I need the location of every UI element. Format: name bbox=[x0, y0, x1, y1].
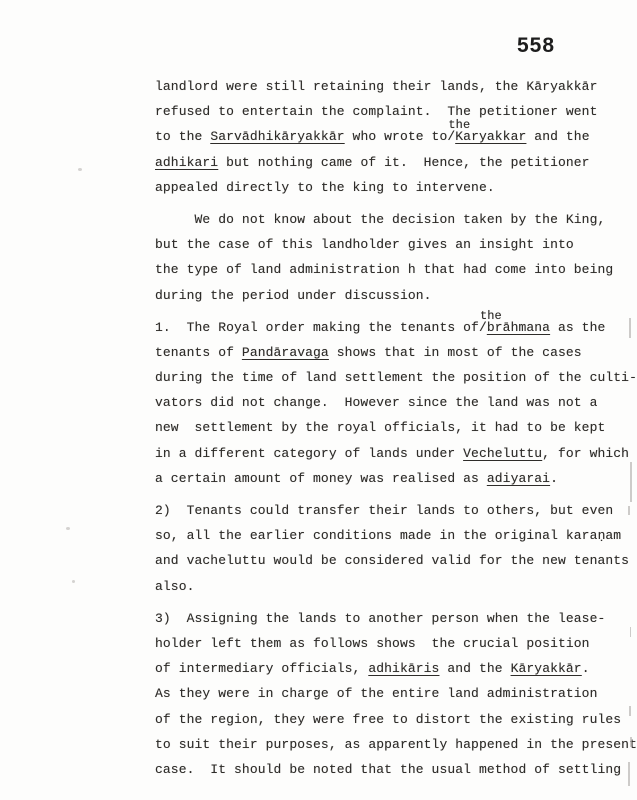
text-line: adhikari but nothing came of it. Hence, … bbox=[155, 150, 615, 175]
text-run: but nothing came of it. Hence, the petit… bbox=[218, 155, 589, 170]
text-run: during the period under discussion. bbox=[155, 288, 432, 303]
text-block: landlord were still retaining their land… bbox=[155, 74, 615, 789]
text-run: 3) Assigning the lands to another person… bbox=[155, 611, 605, 626]
text-run: appealed directly to the king to interve… bbox=[155, 180, 495, 195]
text-line: landlord were still retaining their land… bbox=[155, 74, 615, 99]
text-run: holder left them as follows shows the cr… bbox=[155, 636, 590, 651]
underlined-term: adiyarai bbox=[487, 471, 550, 486]
text-run: refused to entertain the complaint. The … bbox=[155, 104, 597, 119]
text-line: As they were in charge of the entire lan… bbox=[155, 681, 615, 706]
text-line: the type of land administration h that h… bbox=[155, 257, 615, 282]
text-run: in a different category of lands under bbox=[155, 446, 463, 461]
text-run: new settlement by the royal officials, i… bbox=[155, 420, 605, 435]
text-run: the type of land administration h that h… bbox=[155, 262, 613, 277]
text-run: of intermediary officials, bbox=[155, 661, 368, 676]
text-line: during the period under discussion. bbox=[155, 283, 615, 308]
text-line: refused to entertain the complaint. The … bbox=[155, 99, 615, 124]
text-run: tenants of bbox=[155, 345, 242, 360]
text-line: to suit their purposes, as apparently ha… bbox=[155, 732, 615, 757]
text-run: but the case of this landholder gives an… bbox=[155, 237, 574, 252]
scan-artifact bbox=[630, 627, 631, 637]
text-run: to the bbox=[155, 129, 210, 144]
underlined-term: adhikari bbox=[155, 155, 218, 170]
text-line: to the Sarvādhikāryakkār who wrote tothe… bbox=[155, 124, 615, 149]
scan-artifact bbox=[629, 706, 631, 716]
scan-speck bbox=[78, 168, 82, 171]
paragraph: We do not know about the decision taken … bbox=[155, 207, 615, 308]
text-line: vators did not change. However since the… bbox=[155, 390, 615, 415]
scan-speck bbox=[66, 527, 70, 530]
text-line: tenants of Pandāravaga shows that in mos… bbox=[155, 340, 615, 365]
scan-artifact bbox=[629, 318, 631, 338]
text-line: a certain amount of money was realised a… bbox=[155, 466, 615, 491]
text-line: 2) Tenants could transfer their lands to… bbox=[155, 498, 615, 523]
text-run: and the bbox=[439, 661, 510, 676]
text-line: in a different category of lands under V… bbox=[155, 441, 615, 466]
underlined-term: Vecheluttu bbox=[463, 446, 542, 461]
underlined-term: Sarvādhikāryakkār bbox=[210, 129, 344, 144]
paragraph: landlord were still retaining their land… bbox=[155, 74, 615, 200]
text-run: of the region, they were free to distort… bbox=[155, 712, 621, 727]
paragraph: 3) Assigning the lands to another person… bbox=[155, 606, 615, 782]
paragraph: 1. The Royal order making the tenants of… bbox=[155, 315, 615, 491]
text-line: 3) Assigning the lands to another person… bbox=[155, 606, 615, 631]
text-line: holder left them as follows shows the cr… bbox=[155, 631, 615, 656]
scan-artifact bbox=[630, 462, 632, 502]
text-line: appealed directly to the king to interve… bbox=[155, 175, 615, 200]
scan-artifact bbox=[628, 506, 630, 515]
text-run: , for which bbox=[542, 446, 629, 461]
text-run: 1. The Royal order making the tenants of bbox=[155, 320, 479, 335]
text-run: a certain amount of money was realised a… bbox=[155, 471, 487, 486]
scan-artifact bbox=[628, 762, 630, 786]
text-run: . bbox=[582, 661, 590, 676]
text-line: but the case of this landholder gives an… bbox=[155, 232, 615, 257]
text-run: As they were in charge of the entire lan… bbox=[155, 686, 597, 701]
text-line: of intermediary officials, adhikāris and… bbox=[155, 656, 615, 681]
text-line: of the region, they were free to distort… bbox=[155, 707, 615, 732]
text-line: We do not know about the decision taken … bbox=[155, 207, 615, 232]
underlined-term: Pandāravaga bbox=[242, 345, 329, 360]
text-run: so, all the earlier conditions made in t… bbox=[155, 528, 621, 543]
scan-speck bbox=[72, 580, 75, 583]
text-run: and vacheluttu would be considered valid… bbox=[155, 553, 629, 568]
text-run: case. It should be noted that the usual … bbox=[155, 762, 621, 777]
page-number: 558 bbox=[517, 34, 555, 58]
text-run: and the bbox=[526, 129, 589, 144]
text-run: We do not know about the decision taken … bbox=[155, 212, 605, 227]
underlined-term: Kāryakkār bbox=[511, 661, 582, 676]
scan-artifact bbox=[630, 737, 632, 747]
text-line: also. bbox=[155, 574, 615, 599]
text-line: case. It should be noted that the usual … bbox=[155, 757, 615, 782]
text-run: during the time of land settlement the p… bbox=[155, 370, 637, 385]
paragraph: 2) Tenants could transfer their lands to… bbox=[155, 498, 615, 599]
text-line: during the time of land settlement the p… bbox=[155, 365, 615, 390]
text-run: landlord were still retaining their land… bbox=[155, 79, 597, 94]
text-run: also. bbox=[155, 579, 195, 594]
text-run: vators did not change. However since the… bbox=[155, 395, 597, 410]
text-line: so, all the earlier conditions made in t… bbox=[155, 523, 615, 548]
text-line: and vacheluttu would be considered valid… bbox=[155, 548, 615, 573]
text-run: to suit their purposes, as apparently ha… bbox=[155, 737, 637, 752]
underlined-term: adhikāris bbox=[368, 661, 439, 676]
text-run: 2) Tenants could transfer their lands to… bbox=[155, 503, 613, 518]
text-line: new settlement by the royal officials, i… bbox=[155, 415, 615, 440]
text-run: shows that in most of the cases bbox=[329, 345, 582, 360]
text-line: 1. The Royal order making the tenants of… bbox=[155, 315, 615, 340]
text-run: as the bbox=[550, 320, 605, 335]
text-run: who wrote to bbox=[345, 129, 448, 144]
text-run: . bbox=[550, 471, 558, 486]
